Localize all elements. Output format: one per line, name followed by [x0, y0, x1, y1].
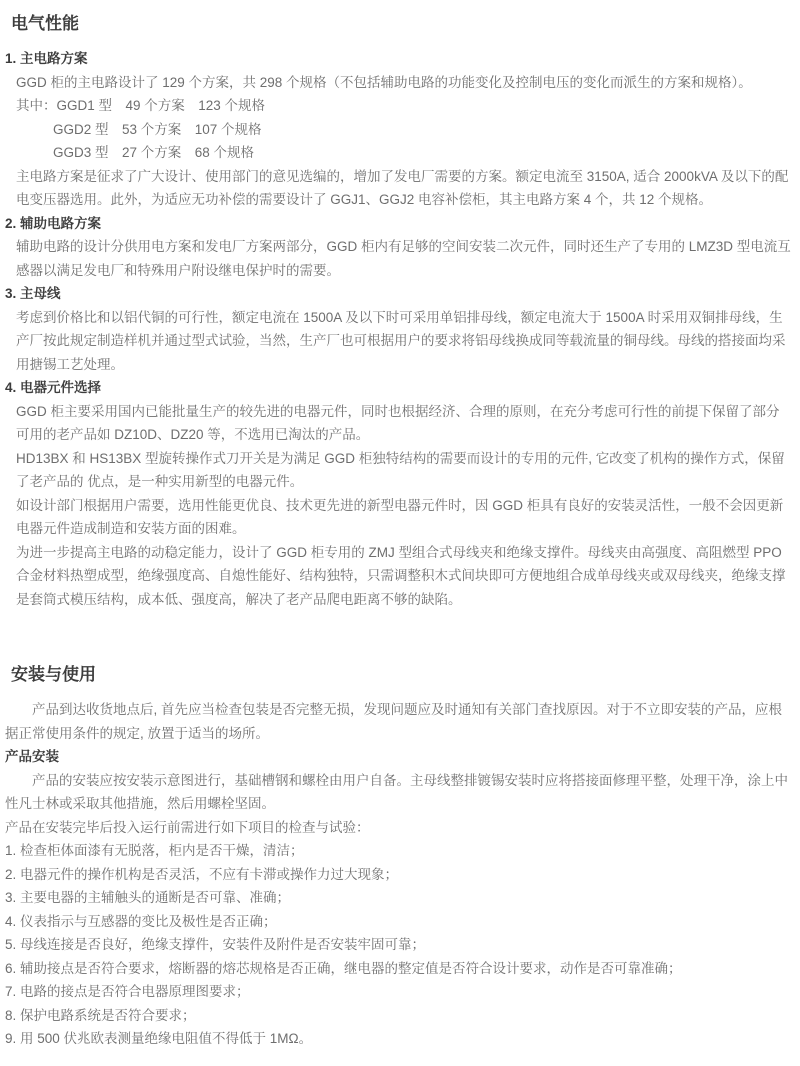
- paragraph: 主电路方案是征求了广大设计、使用部门的意见选编的，增加了发电厂需要的方案。额定电…: [16, 165, 792, 212]
- subsection-heading: 产品安装: [5, 745, 792, 769]
- paragraph: HD13BX 和 HS13BX 型旋转操作式刀开关是为满足 GGD 柜独特结构的…: [16, 447, 792, 494]
- checklist-item: 3. 主要电器的主辅触头的通断是否可靠、准确；: [5, 886, 792, 910]
- section-installation-use: 安装与使用 产品到达收货地点后, 首先应当检查包装是否完整无损，发现问题应及时通…: [5, 665, 792, 1051]
- paragraph: 考虑到价格比和以铝代铜的可行性，额定电流在 1500A 及以下时可采用单铝排母线…: [16, 306, 792, 377]
- subsection-heading: 2. 辅助电路方案: [5, 212, 792, 236]
- checklist-item: 2. 电器元件的操作机构是否灵活，不应有卡滞或操作力过大现象；: [5, 863, 792, 887]
- section-title-installation-use: 安装与使用: [11, 665, 792, 685]
- paragraph: GGD 柜的主电路设计了 129 个方案，共 298 个规格（不包括辅助电路的功…: [16, 71, 792, 95]
- subsection-heading: 1. 主电路方案: [5, 47, 792, 71]
- checklist-item: 1. 检查柜体面漆有无脱落，柜内是否干燥，清洁；: [5, 839, 792, 863]
- paragraph: 为进一步提高主电路的动稳定能力，设计了 GGD 柜专用的 ZMJ 型组合式母线夹…: [16, 541, 792, 612]
- paragraph: 辅助电路的设计分供用电方案和发电厂方案两部分，GGD 柜内有足够的空间安装二次元…: [16, 235, 792, 282]
- checklist-item: 5. 母线连接是否良好，绝缘支撑件，安装件及附件是否安装牢固可靠；: [5, 933, 792, 957]
- spec-line: 其中：GGD1 型 49 个方案 123 个规格: [16, 94, 792, 118]
- document: 电气性能 1. 主电路方案GGD 柜的主电路设计了 129 个方案，共 298 …: [0, 0, 800, 1066]
- spec-line-indented: GGD3 型 27 个方案 68 个规格: [53, 141, 792, 165]
- spec-line-indented: GGD2 型 53 个方案 107 个规格: [53, 118, 792, 142]
- paragraph: 如设计部门根据用户需要，选用性能更优良、技术更先进的新型电器元件时，因 GGD …: [16, 494, 792, 541]
- section-blocks-installation: 产品到达收货地点后, 首先应当检查包装是否完整无损，发现问题应及时通知有关部门查…: [5, 698, 792, 1051]
- paragraph-first-line-indent: 产品的安装应按安装示意图进行，基础槽钢和螺栓由用户自备。主母线整排镀锡安装时应将…: [5, 769, 792, 816]
- section-blocks-electrical: 1. 主电路方案GGD 柜的主电路设计了 129 个方案，共 298 个规格（不…: [5, 47, 792, 611]
- section-electrical-performance: 电气性能 1. 主电路方案GGD 柜的主电路设计了 129 个方案，共 298 …: [5, 14, 792, 611]
- paragraph: GGD 柜主要采用国内已能批量生产的较先进的电器元件，同时也根据经济、合理的原则…: [16, 400, 792, 447]
- paragraph: 产品在安装完毕后投入运行前需进行如下项目的检查与试验：: [5, 816, 792, 840]
- checklist-item: 8. 保护电路系统是否符合要求；: [5, 1004, 792, 1028]
- section-title-electrical-performance: 电气性能: [11, 14, 792, 34]
- paragraph-first-line-indent: 产品到达收货地点后, 首先应当检查包装是否完整无损，发现问题应及时通知有关部门查…: [5, 698, 792, 745]
- checklist-item: 7. 电路的接点是否符合电器原理图要求；: [5, 980, 792, 1004]
- subsection-heading: 3. 主母线: [5, 282, 792, 306]
- checklist-item: 9. 用 500 伏兆欧表测量绝缘电阻值不得低于 1MΩ。: [5, 1027, 792, 1051]
- checklist-item: 4. 仪表指示与互感器的变比及极性是否正确；: [5, 910, 792, 934]
- checklist-item: 6. 辅助接点是否符合要求，熔断器的熔芯规格是否正确，继电器的整定值是否符合设计…: [5, 957, 792, 981]
- subsection-heading: 4. 电器元件选择: [5, 376, 792, 400]
